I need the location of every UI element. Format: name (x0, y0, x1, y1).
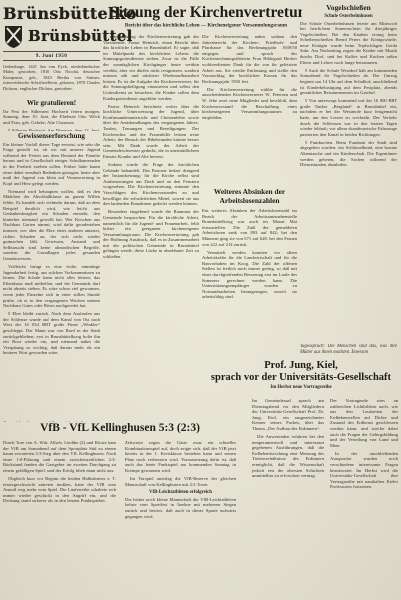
gewissen-heading: Gewissenserforschung (3, 132, 100, 140)
vogelschiessen-subheading: Schule Osterbelmhusen (300, 14, 397, 19)
sport-heading-block: VfB - VfL Kellinghusen 5:3 (2:3) (3, 422, 237, 437)
vogelschiessen-paragraph: ◊ Fundsachen. Beim Fundamt der Stadt sin… (300, 140, 397, 168)
sport-paragraph: Die bisher noch kleine Mannschaft der Vf… (125, 497, 236, 519)
jung-paragraph: Im Gemeindesaal sprach am Dienstagabend … (252, 398, 324, 432)
sport-heading: VfB - VfL Kellinghusen 5:3 (2:3) (3, 422, 237, 435)
gewissen-paragraph: Ein kleiner Vorfall dieser Tage erweist,… (3, 142, 100, 187)
jung-subheading: Im Herbst neue Vortragsreihe (205, 385, 397, 390)
gratulieren-paragraph: ◊ Silberne Hochzeit. Am Dienstag, dem 12… (3, 128, 100, 131)
sport-paragraph: Im Vorspiel unterlag die VfB-Reserve der… (125, 476, 236, 487)
gewissen-paragraph: Niemand wird behaupten wollen, daß es de… (3, 189, 100, 262)
sport-paragraph: Zeitweise zogen die Gäste zwar ein schne… (125, 440, 236, 474)
vogelschiessen-paragraph: ◊ Von unterwegs kommend traf der 16 000 … (300, 98, 397, 137)
church-paragraph: Die Kirchenvertretung nahm sodann den Ja… (202, 34, 297, 84)
masthead-rule-bottom (3, 60, 100, 61)
jung-paragraph: Der Vortragende wies an zahlreichen Lich… (330, 398, 398, 448)
jung-heading-line1: Prof. Jung, Kiel, (205, 360, 397, 372)
arbeitslosen-paragraph: Ein weiteres Absinken der Arbeitslosenza… (202, 208, 297, 247)
gratulieren-heading: Wir gratulieren! (3, 99, 100, 107)
arbeitslosen-heading: Weiteres Absinken der Arbeitslosenzahlen (202, 188, 297, 205)
arbeitslosen-article: Weiteres Absinken der Arbeitslosenzahlen… (202, 188, 297, 358)
masthead-date: 9. Juni 1950 (3, 52, 100, 60)
church-article-col2: Die Kirchenvertretung nahm sodann den Ja… (202, 34, 297, 184)
tagesspruch: Tagesspruch: Die Menschen sind das, was … (300, 344, 397, 359)
vogelschiessen-article: Vogelschießen Schule Osterbelmhusen Die … (300, 4, 397, 342)
gedenktage-section: Gedenktage: 1441 Jan van Eyck, niederlän… (3, 64, 100, 98)
jung-paragraph: In der anschließenden Aussprache wurden … (330, 451, 398, 490)
church-paragraph: Pastor Heinrich berichtete weiter über d… (103, 104, 199, 160)
sport-paragraph: Obgleich kurz vor Beginn die beiden Halb… (3, 476, 116, 504)
jung-article-col1: Im Gemeindesaal sprach am Dienstagabend … (252, 398, 324, 597)
jung-article-heading-block: Prof. Jung, Kiel, sprach vor der Univers… (205, 360, 397, 396)
vogelschiessen-heading: Vogelschießen (300, 4, 397, 13)
gewissen-paragraph: Vielleicht bringt es eine frohe, einmüti… (3, 264, 100, 309)
arbeitslosen-paragraph: Vermittelt werden konnten vor allem Arbe… (202, 250, 297, 300)
church-paragraph: In einer Sitzung der Kirchenvertretung g… (103, 34, 199, 101)
jung-heading-line2: sprach vor der Universitäts-Gesellschaft (205, 372, 397, 384)
sport-kicker-block: Brunsbüttelkoogs und Brunsbüttels Sport (3, 412, 118, 422)
sport-article-col2: Zeitweise zogen die Gäste zwar ein schne… (125, 440, 236, 597)
jung-article-col2: Der Vortragende wies an zahlreichen Lich… (330, 398, 398, 597)
church-paragraph: Sodann wurde die Frage der kirchlichen G… (103, 162, 199, 207)
gratulieren-section: Wir gratulieren! Ihr Fest der Silbernen … (3, 99, 100, 131)
headline-block: Sitzung der Kirchenvertretung Bericht üb… (110, 5, 302, 33)
gedenktage-text: Gedenktage: 1441 Jan van Eyck, niederlän… (3, 64, 100, 91)
headline-subtitle: Bericht über das kirchliche Leben — Kirc… (118, 23, 295, 29)
gewissen-paragraph: ◊ Ehre bleibt zurück. Nach dem Auslaufen… (3, 311, 100, 356)
newspaper-page: Brünsbüttelkoog Brünsbüttel 9. Juni 1950… (0, 0, 401, 600)
sport-paragraph: Durch Tore von A. Witt, Allseh, Liedtke … (3, 440, 116, 474)
church-paragraph: Besonders eingehend wurde die Raumnot de… (103, 209, 199, 259)
vogelschiessen-paragraph: Die Schule Osterbelmhusen feierte am Mit… (300, 21, 397, 66)
gewissen-section: Gewissenserforschung Ein kleiner Vorfall… (3, 132, 100, 411)
city-crest-icon (3, 25, 24, 48)
tagesspruch-text: Tagesspruch: Die Menschen sind das, was … (300, 344, 397, 356)
headline-title: Sitzung der Kirchenvertretung (110, 5, 302, 21)
jung-paragraph: Die Anwesenden erfuhren bei den temperam… (252, 434, 324, 479)
vogelschiessen-paragraph: ◊ Auch die Schule Westdorf hält am komme… (300, 68, 397, 96)
gratulieren-paragraph: Ihr Fest der Silbernen Hochzeit feiern m… (3, 109, 100, 126)
sport-article-col1: Durch Tore von A. Witt, Allseh, Liedtke … (3, 440, 116, 597)
sport-subheading: VfB-Leichtathleten erfolgreich (125, 490, 236, 495)
church-paragraph: Die Kirchenvertretung wählte für die aus… (202, 87, 297, 121)
church-article-col1: In einer Sitzung der Kirchenvertretung g… (103, 34, 199, 411)
